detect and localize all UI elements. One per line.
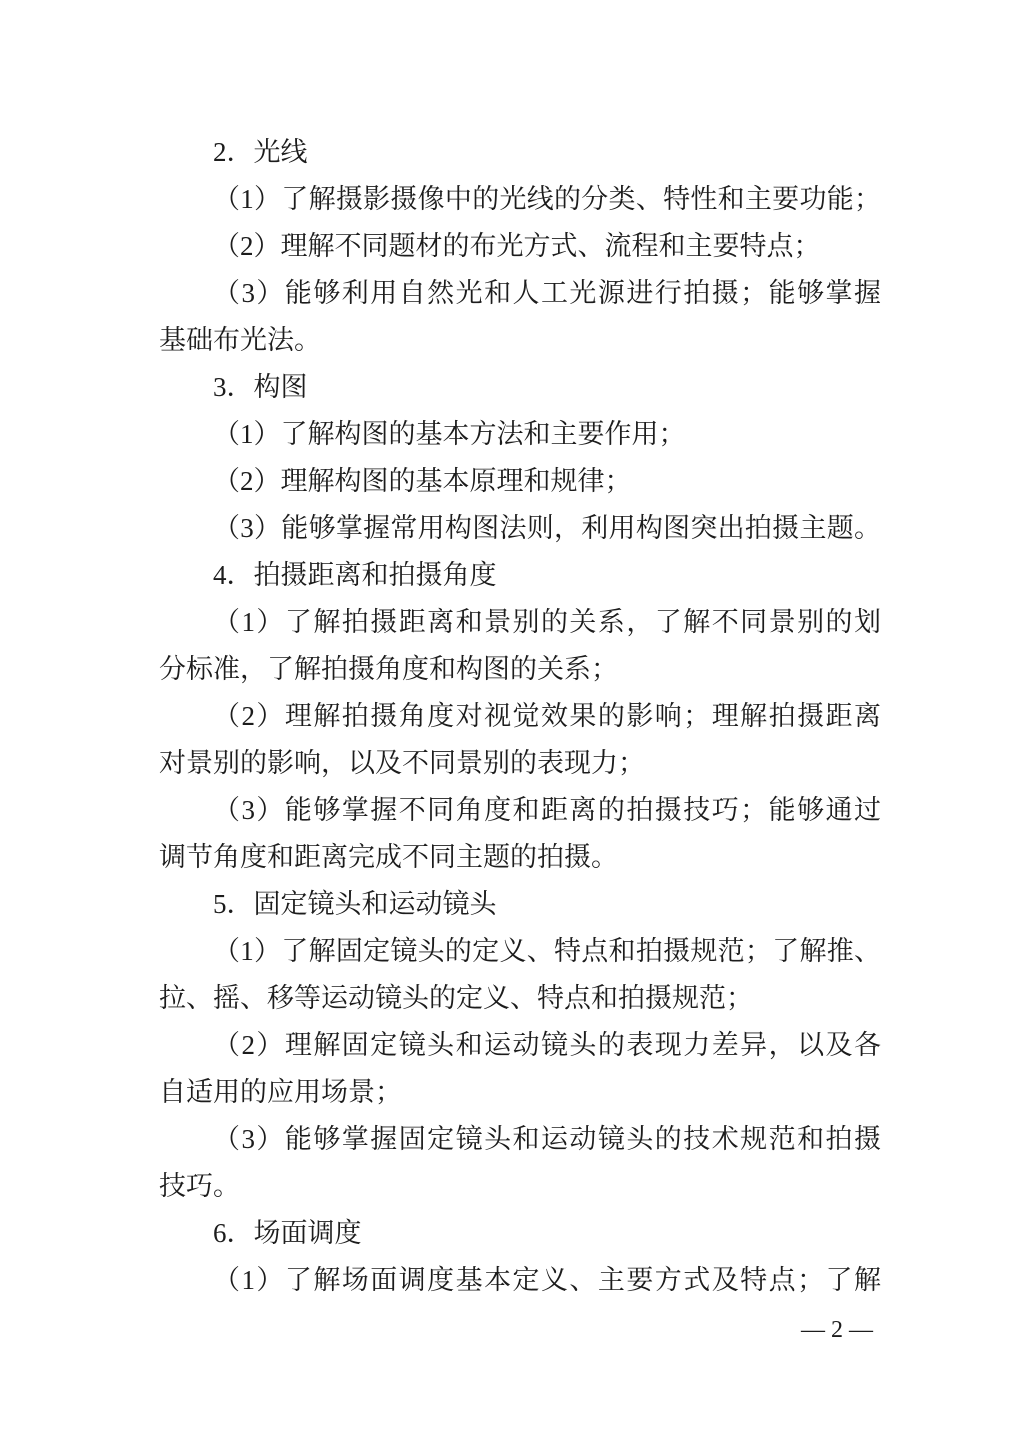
text-line: （1）了解构图的基本方法和主要作用； [159, 411, 881, 458]
page-number: — 2 — [801, 1312, 873, 1348]
text-line: 调节角度和距离完成不同主题的拍摄。 [159, 834, 881, 881]
text-line: 技巧。 [159, 1163, 881, 1210]
section-heading: 3．构图 [159, 364, 881, 411]
text-line: （3）能够利用自然光和人工光源进行拍摄；能够掌握 [159, 270, 881, 317]
text-line: 自适用的应用场景； [159, 1069, 881, 1116]
section-heading: 5．固定镜头和运动镜头 [159, 881, 881, 928]
document-page: 2．光线 （1）了解摄影摄像中的光线的分类、特性和主要功能； （2）理解不同题材… [0, 0, 1024, 1447]
text-line: 对景别的影响，以及不同景别的表现力； [159, 740, 881, 787]
text-line: （1）了解固定镜头的定义、特点和拍摄规范；了解推、 [159, 928, 881, 975]
text-line: （3）能够掌握固定镜头和运动镜头的技术规范和拍摄 [159, 1116, 881, 1163]
section-heading: 2．光线 [159, 129, 881, 176]
text-line: （2）理解拍摄角度对视觉效果的影响；理解拍摄距离 [159, 693, 881, 740]
text-line: 基础布光法。 [159, 317, 881, 364]
text-line: （2）理解不同题材的布光方式、流程和主要特点； [159, 223, 881, 270]
section-heading: 6．场面调度 [159, 1210, 881, 1257]
document-body: 2．光线 （1）了解摄影摄像中的光线的分类、特性和主要功能； （2）理解不同题材… [159, 129, 881, 1304]
text-line: （1）了解摄影摄像中的光线的分类、特性和主要功能； [159, 176, 881, 223]
text-line: （2）理解构图的基本原理和规律； [159, 458, 881, 505]
section-heading: 4．拍摄距离和拍摄角度 [159, 552, 881, 599]
text-line: 拉、摇、移等运动镜头的定义、特点和拍摄规范； [159, 975, 881, 1022]
text-line: （1）了解拍摄距离和景别的关系，了解不同景别的划 [159, 599, 881, 646]
text-line: （2）理解固定镜头和运动镜头的表现力差异，以及各 [159, 1022, 881, 1069]
text-line: （3）能够掌握常用构图法则，利用构图突出拍摄主题。 [159, 505, 881, 552]
text-line: 分标准，了解拍摄角度和构图的关系； [159, 646, 881, 693]
text-line: （3）能够掌握不同角度和距离的拍摄技巧；能够通过 [159, 787, 881, 834]
text-line: （1）了解场面调度基本定义、主要方式及特点；了解 [159, 1257, 881, 1304]
